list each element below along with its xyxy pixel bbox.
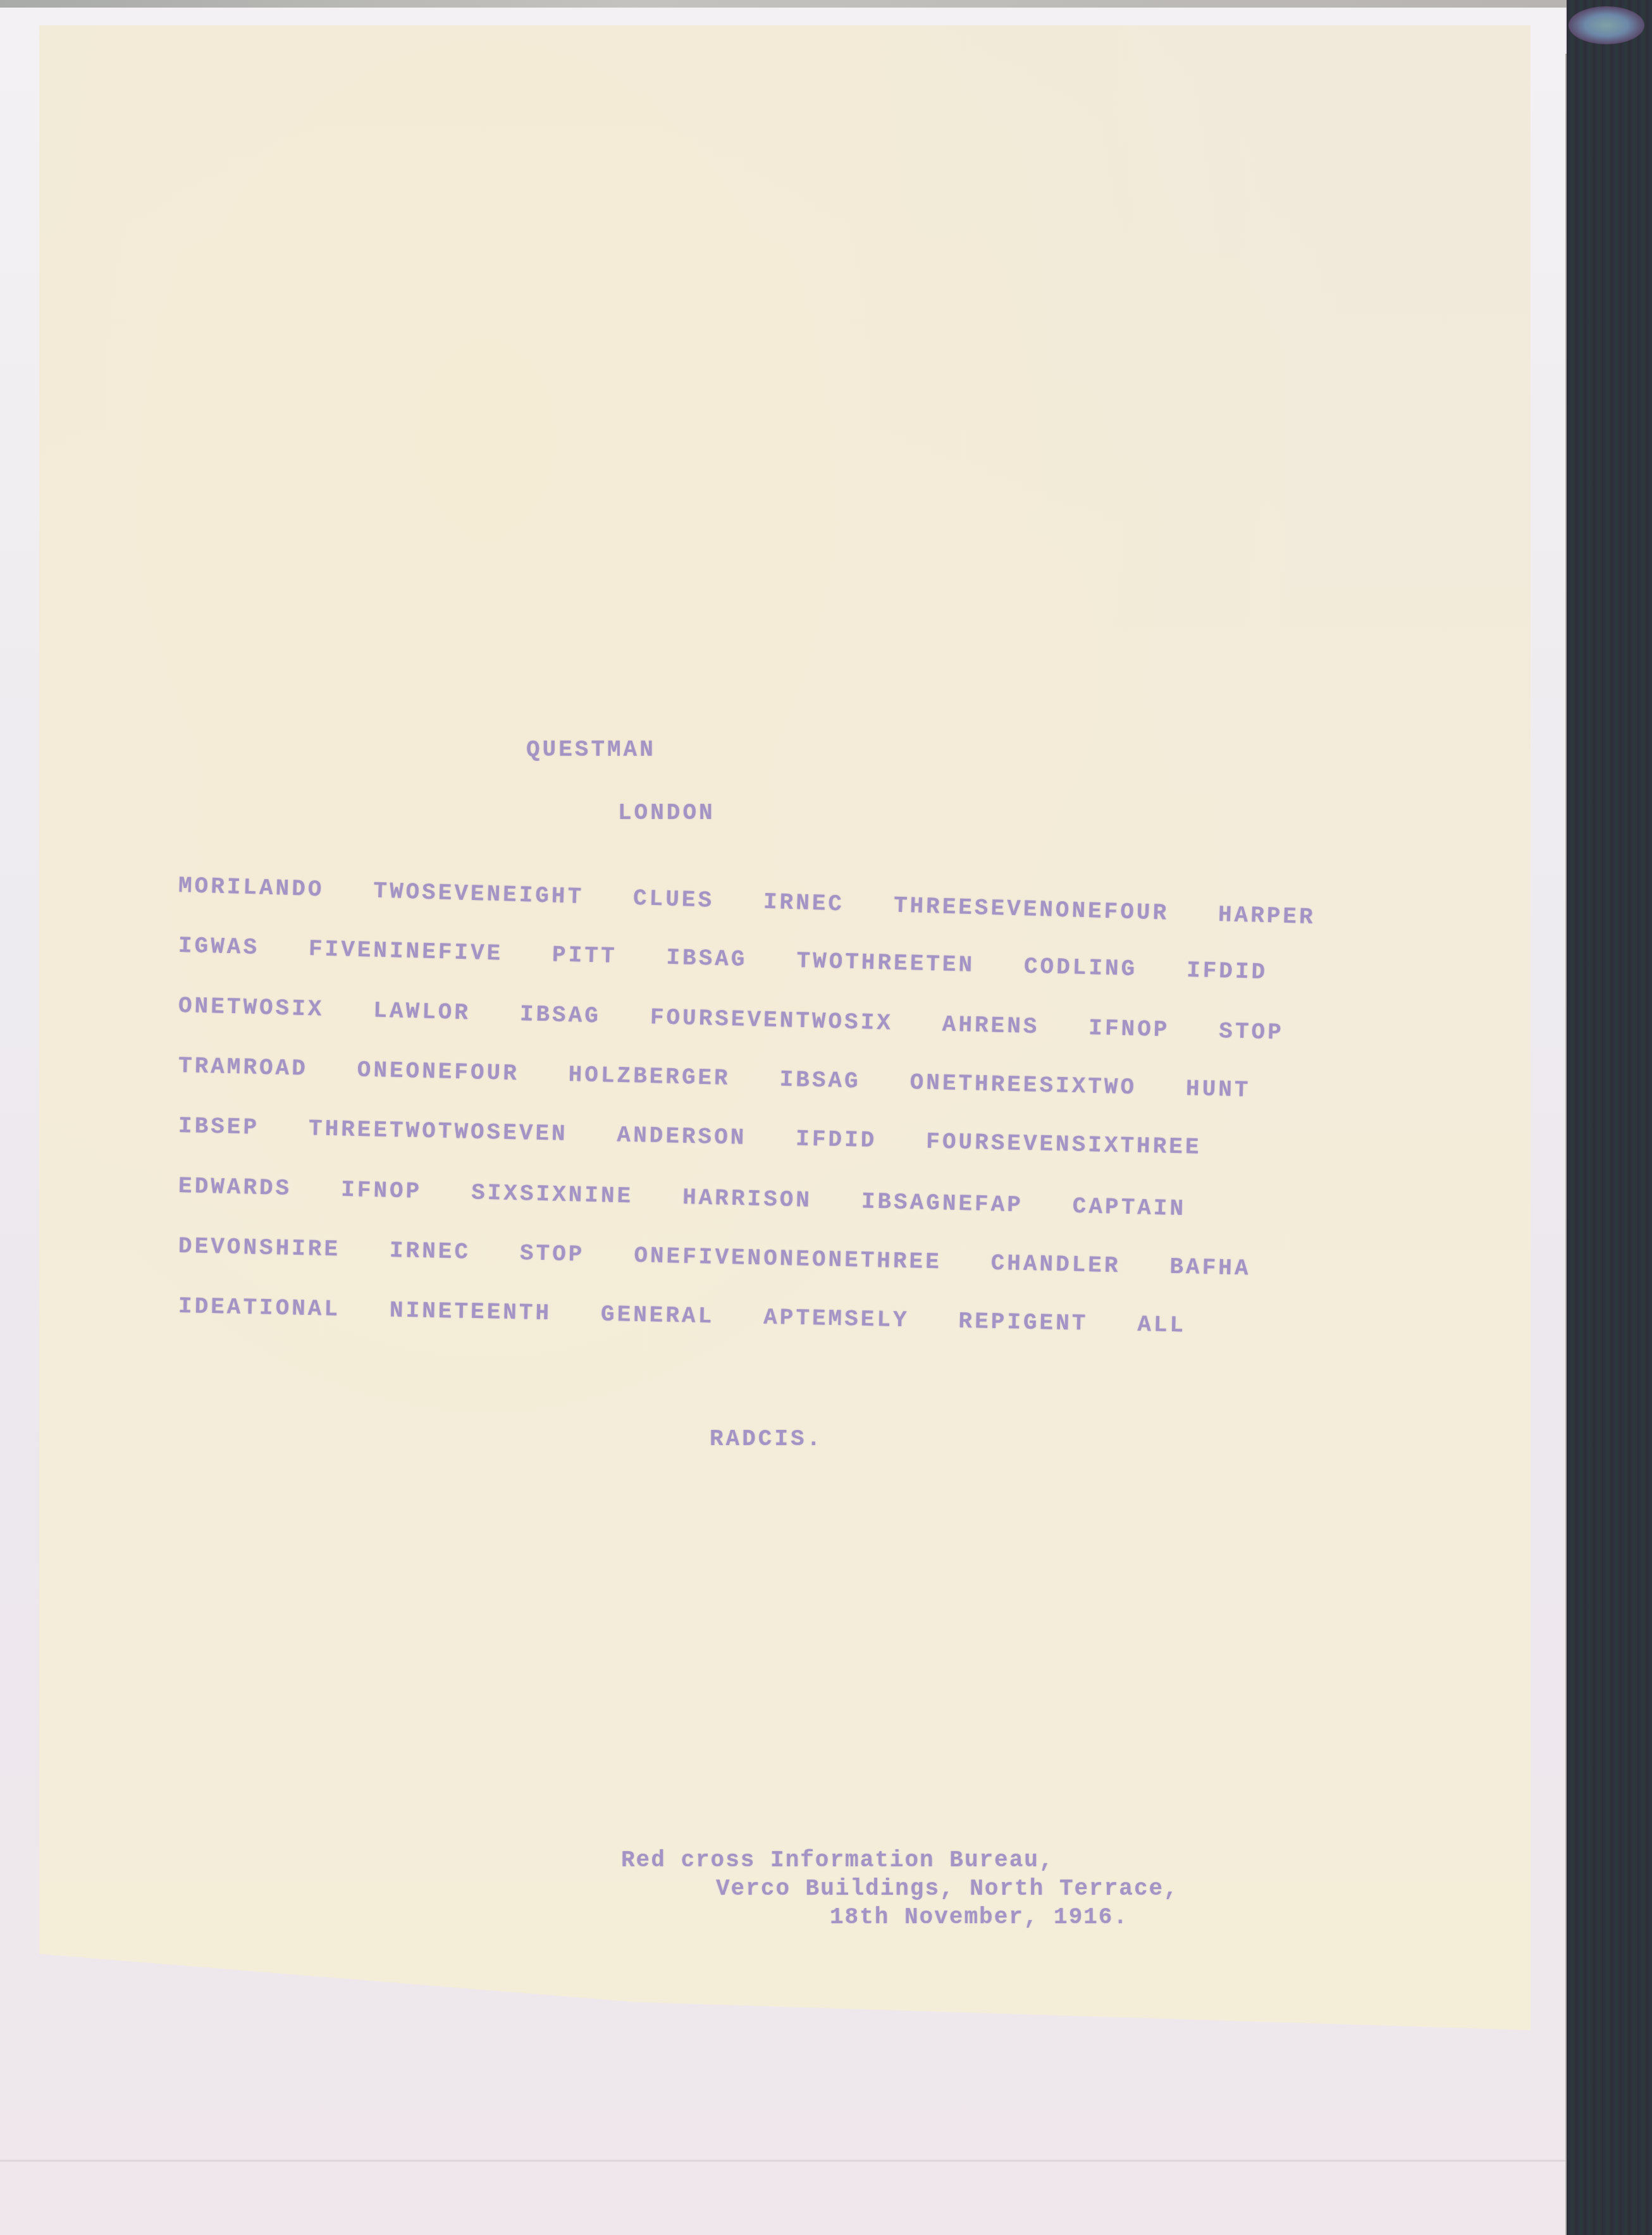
message-word: IFDID bbox=[796, 1126, 877, 1154]
message-word: HUNT bbox=[1186, 1076, 1251, 1103]
message-word: PITT bbox=[552, 942, 617, 969]
footer-line-1: Red cross Information Bureau, bbox=[621, 1847, 1054, 1875]
message-row: TRAMROADONEONEFOURHOLZBERGERIBSAGONETHRE… bbox=[178, 1053, 1300, 1104]
message-word: NINETEENTH bbox=[390, 1297, 552, 1326]
message-word: IFNOP bbox=[1088, 1015, 1170, 1043]
scanner-top-strip bbox=[0, 0, 1581, 8]
message-word: CODLING bbox=[1023, 954, 1137, 982]
message-word: ANDERSON bbox=[617, 1123, 747, 1151]
message-word: REPIGENT bbox=[958, 1308, 1088, 1337]
message-word: IGWAS bbox=[178, 933, 259, 961]
signature: RADCIS. bbox=[710, 1426, 823, 1452]
addressee: QUESTMAN bbox=[526, 737, 656, 763]
message-word: STOP bbox=[1219, 1018, 1284, 1045]
message-word: GENERAL bbox=[601, 1302, 715, 1329]
message-row: IDEATIONALNINETEENTHGENERALAPTEMSELYREPI… bbox=[178, 1293, 1236, 1339]
message-row: IGWASFIVENINEFIVEPITTIBSAGTWOTHREETENCOD… bbox=[178, 933, 1317, 987]
message-word: ONEONEFOUR bbox=[357, 1057, 519, 1087]
message-word: IBSAG bbox=[519, 1001, 601, 1029]
destination: LONDON bbox=[618, 800, 715, 826]
message-word: ONEFIVENONEONETHREE bbox=[634, 1243, 942, 1275]
message-word: IBSAGNEFAP bbox=[861, 1189, 1023, 1219]
message-word: STOP bbox=[520, 1240, 585, 1267]
message-word: ONETWOSIX bbox=[178, 993, 324, 1023]
message-word: FIVENINEFIVE bbox=[308, 936, 503, 966]
backing-fold-line bbox=[0, 2160, 1565, 2162]
message-row: MORILANDOTWOSEVENEIGHTCLUESIRNECTHREESEV… bbox=[178, 873, 1365, 932]
message-row: DEVONSHIREIRNECSTOPONEFIVENONEONETHREECH… bbox=[178, 1233, 1300, 1283]
message-word: SIXSIXNINE bbox=[471, 1180, 634, 1210]
message-word: FOURSEVENSIXTHREE bbox=[926, 1129, 1202, 1161]
message-word: IDEATIONAL bbox=[178, 1293, 341, 1322]
message-row: IBSEPTHREETWOTWOSEVENANDERSONIFDIDFOURSE… bbox=[178, 1113, 1251, 1162]
message-word: BAFHA bbox=[1169, 1254, 1251, 1282]
message-word: THREESEVENONEFOUR bbox=[893, 893, 1169, 927]
footer-line-2: Verco Buildings, North Terrace, bbox=[716, 1875, 1179, 1903]
message-row: ONETWOSIXLAWLORIBSAGFOURSEVENTWOSIXAHREN… bbox=[178, 993, 1333, 1047]
message-word: IBSEP bbox=[178, 1113, 260, 1141]
message-word: LAWLOR bbox=[373, 998, 471, 1026]
message-word: TWOSEVENEIGHT bbox=[373, 878, 584, 910]
scanner-bed-edge bbox=[1567, 0, 1652, 2235]
message-word: IBSAG bbox=[779, 1067, 861, 1095]
message-word: HOLZBERGER bbox=[568, 1062, 730, 1092]
message-word: IRNEC bbox=[390, 1238, 471, 1265]
message-word: CLUES bbox=[632, 885, 714, 914]
message-word: IRNEC bbox=[763, 889, 844, 918]
message-word: MORILANDO bbox=[178, 873, 324, 902]
message-word: ALL bbox=[1137, 1312, 1187, 1338]
message-row: EDWARDSIFNOPSIXSIXNINEHARRISONIBSAGNEFAP… bbox=[178, 1173, 1236, 1223]
message-word: HARRISON bbox=[682, 1185, 813, 1214]
scanner-glare bbox=[1569, 6, 1644, 44]
message-word: IFNOP bbox=[341, 1177, 422, 1205]
message-word: CAPTAIN bbox=[1072, 1193, 1186, 1222]
message-word: HARPER bbox=[1217, 902, 1316, 930]
message-word: CHANDLER bbox=[990, 1250, 1121, 1279]
message-word: APTEMSELY bbox=[763, 1305, 909, 1333]
message-word: IBSAG bbox=[666, 945, 748, 973]
telegram-paper: QUESTMAN LONDON MORILANDOTWOSEVENEIGHTCL… bbox=[39, 25, 1531, 2030]
message-word: DEVONSHIRE bbox=[178, 1233, 341, 1262]
message-word: AHRENS bbox=[942, 1012, 1040, 1040]
footer-line-3: 18th November, 1916. bbox=[830, 1904, 1128, 1931]
message-word: TWOTHREETEN bbox=[796, 948, 975, 978]
message-word: IFDID bbox=[1187, 957, 1268, 985]
message-word: THREETWOTWOSEVEN bbox=[309, 1116, 568, 1147]
message-word: FOURSEVENTWOSIX bbox=[650, 1004, 893, 1036]
message-word: EDWARDS bbox=[178, 1173, 292, 1202]
message-word: TRAMROAD bbox=[178, 1053, 309, 1082]
message-word: ONETHREESIXTWO bbox=[909, 1069, 1137, 1100]
